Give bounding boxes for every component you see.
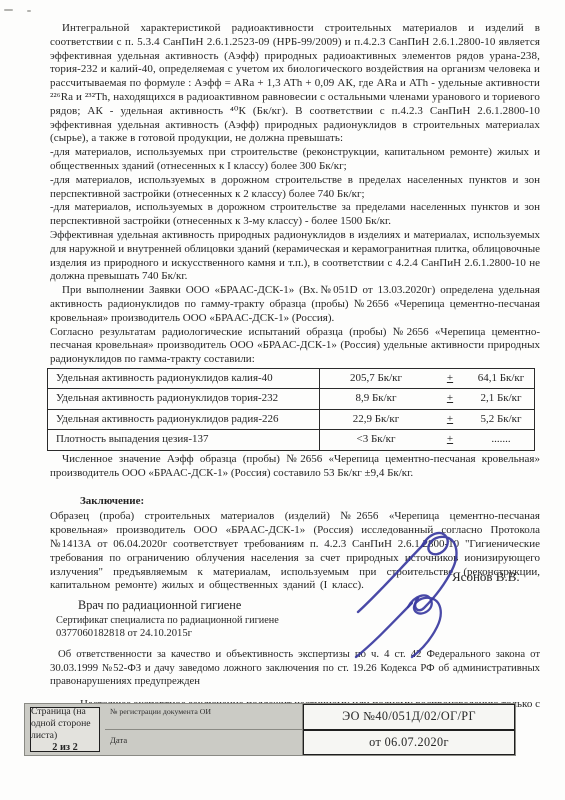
class2-limit-item: -для материалов, используемых в дорожном… <box>50 174 540 202</box>
plus-minus-sign: + <box>432 433 468 447</box>
radionuclide-results-table: Удельная активность радионуклидов калия-… <box>47 368 535 451</box>
parameter-name: Плотность выпадения цезия-137 <box>48 430 320 450</box>
aeff-value-paragraph: Численное значение Аэфф образца (пробы) … <box>50 453 540 481</box>
signatory-block: Врач по радиационной гигиене Сертификат … <box>50 597 540 641</box>
scan-artifact-mark <box>27 10 31 12</box>
table-row: Удельная активность радионуклидов тория-… <box>48 389 534 410</box>
parameter-name: Удельная активность радионуклидов радия-… <box>48 410 320 430</box>
conclusion-heading: Заключение: <box>80 495 540 509</box>
page-number: 2 из 2 <box>52 742 78 754</box>
parameter-value: <3 Бк/кг <box>320 433 432 447</box>
date-label: Дата <box>105 730 303 756</box>
page-info-cell: Страница (на одной стороне листа) 2 из 2 <box>25 704 105 755</box>
page-info-box: Страница (на одной стороне листа) 2 из 2 <box>30 707 100 752</box>
registration-number-label: № регистрации документа ОИ <box>105 704 303 730</box>
intro-paragraph: Интегральной характеристикой радиоактивн… <box>50 22 540 146</box>
scan-artifact-mark <box>4 9 13 11</box>
table-row: Удельная активность радионуклидов радия-… <box>48 410 534 431</box>
parameter-value: 8,9 Бк/кг <box>320 392 432 406</box>
class1-limit-item: -для материалов, используемых при строит… <box>50 146 540 174</box>
document-body: Интегральной характеристикой радиоактивн… <box>50 22 540 725</box>
parameter-uncertainty: ....... <box>468 433 534 447</box>
parameter-name: Удельная активность радионуклидов тория-… <box>48 389 320 409</box>
date-value: от 06.07.2020г <box>303 730 515 756</box>
plus-minus-sign: + <box>432 372 468 386</box>
plus-minus-sign: + <box>432 392 468 406</box>
parameter-value: 205,7 Бк/кг <box>320 372 432 386</box>
request-paragraph: При выполнении Заявки ООО «БРААС-ДСК-1» … <box>50 284 540 325</box>
plus-minus-sign: + <box>432 413 468 427</box>
signatory-name: Ясонов В.В. <box>452 569 520 585</box>
results-paragraph: Согласно результатам радиологические исп… <box>50 326 540 367</box>
registration-footer-table: № регистрации документа ОИ ЭО №40/051Д/0… <box>24 703 516 756</box>
signatory-position: Врач по радиационной гигиене <box>78 597 540 614</box>
registration-number-value: ЭО №40/051Д/02/ОГ/РГ <box>303 704 515 730</box>
page-label: Страница (на одной стороне листа) <box>31 706 99 742</box>
signatory-certificate-number: 0377060182818 от 24.10.2015г <box>56 627 540 641</box>
parameter-uncertainty: 5,2 Бк/кг <box>468 413 534 427</box>
liability-paragraph: Об ответственности за качество и объекти… <box>50 648 540 689</box>
class3-limit-item: -для материалов, используемых в дорожном… <box>50 201 540 229</box>
scanned-document-page: Интегральной характеристикой радиоактивн… <box>0 0 565 800</box>
table-row: Плотность выпадения цезия-137 <3 Бк/кг +… <box>48 430 534 450</box>
parameter-uncertainty: 2,1 Бк/кг <box>468 392 534 406</box>
parameter-uncertainty: 64,1 Бк/кг <box>468 372 534 386</box>
parameter-name: Удельная активность радионуклидов калия-… <box>48 369 320 389</box>
parameter-value: 22,9 Бк/кг <box>320 413 432 427</box>
facade-limit-paragraph: Эффективная удельная активность природны… <box>50 229 540 284</box>
signatory-certificate: Сертификат специалиста по радиационной г… <box>56 614 540 627</box>
table-row: Удельная активность радионуклидов калия-… <box>48 369 534 390</box>
